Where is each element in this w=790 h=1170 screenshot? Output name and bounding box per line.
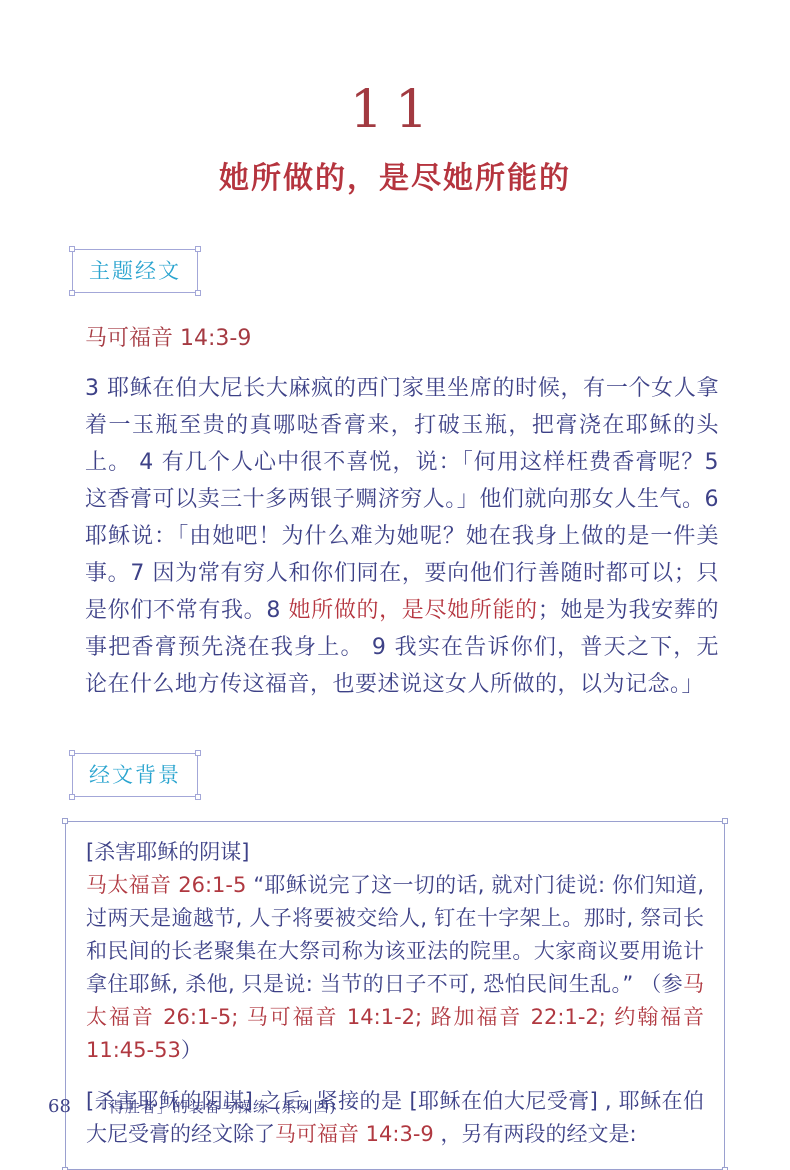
box-paragraph-1: 马太福音 26:1-5 “耶稣说完了这一切的话, 就对门徒说: 你们知道, 过两… [86, 869, 704, 1067]
corner-ornament-icon [722, 818, 728, 824]
section-label-scripture-background: 经文背景 [72, 753, 198, 797]
body-text: ，另有两段的经文是: [440, 1122, 636, 1146]
section-label-text: 经文背景 [89, 763, 181, 787]
corner-ornament-icon [69, 246, 75, 252]
scripture-segment: 3 耶稣在伯大尼长大麻疯的西门家里坐席的时候，有一个女人拿着一玉瓶至贵的真哪哒香… [85, 376, 719, 623]
scripture-text: 3 耶稣在伯大尼长大麻疯的西门家里坐席的时候，有一个女人拿着一玉瓶至贵的真哪哒香… [85, 370, 719, 703]
section-label-text: 主题经文 [89, 259, 181, 283]
corner-ornament-icon [195, 750, 201, 756]
section-theme-scripture: 主题经文 [0, 249, 790, 293]
corner-ornament-icon [62, 818, 68, 824]
corner-ornament-icon [195, 290, 201, 296]
footer-book-title: 「得胜者」的装备与操练 (系列四) [93, 1096, 336, 1117]
section-scripture-background: 经文背景 [0, 753, 790, 797]
scripture-reference: 马可福音 14:3-9 [85, 321, 790, 352]
footer-page-number: 68 [48, 1096, 71, 1117]
box-heading: [杀害耶稣的阴谋] [86, 836, 704, 869]
page-footer: 68 「得胜者」的装备与操练 (系列四) [48, 1096, 336, 1117]
corner-ornament-icon [69, 750, 75, 756]
background-box: [杀害耶稣的阴谋] 马太福音 26:1-5 “耶稣说完了这一切的话, 就对门徒说… [65, 821, 725, 1170]
scripture-segment-highlight: 她所做的，是尽她所能的 [288, 598, 537, 623]
corner-ornament-icon [195, 794, 201, 800]
chapter-number: 11 [0, 0, 790, 139]
scripture-ref-inline: 马可福音 14:3-9 [275, 1122, 440, 1146]
document-page: 11 她所做的，是尽她所能的 主题经文 马可福音 14:3-9 3 耶稣在伯大尼… [0, 0, 790, 1170]
page-title: 她所做的，是尽她所能的 [0, 153, 790, 197]
corner-ornament-icon [69, 794, 75, 800]
section-label-theme-scripture: 主题经文 [72, 249, 198, 293]
quote-text: ） [181, 1038, 202, 1062]
scripture-ref-inline: 马太福音 26:1-5 [86, 873, 253, 897]
corner-ornament-icon [195, 246, 201, 252]
corner-ornament-icon [69, 290, 75, 296]
